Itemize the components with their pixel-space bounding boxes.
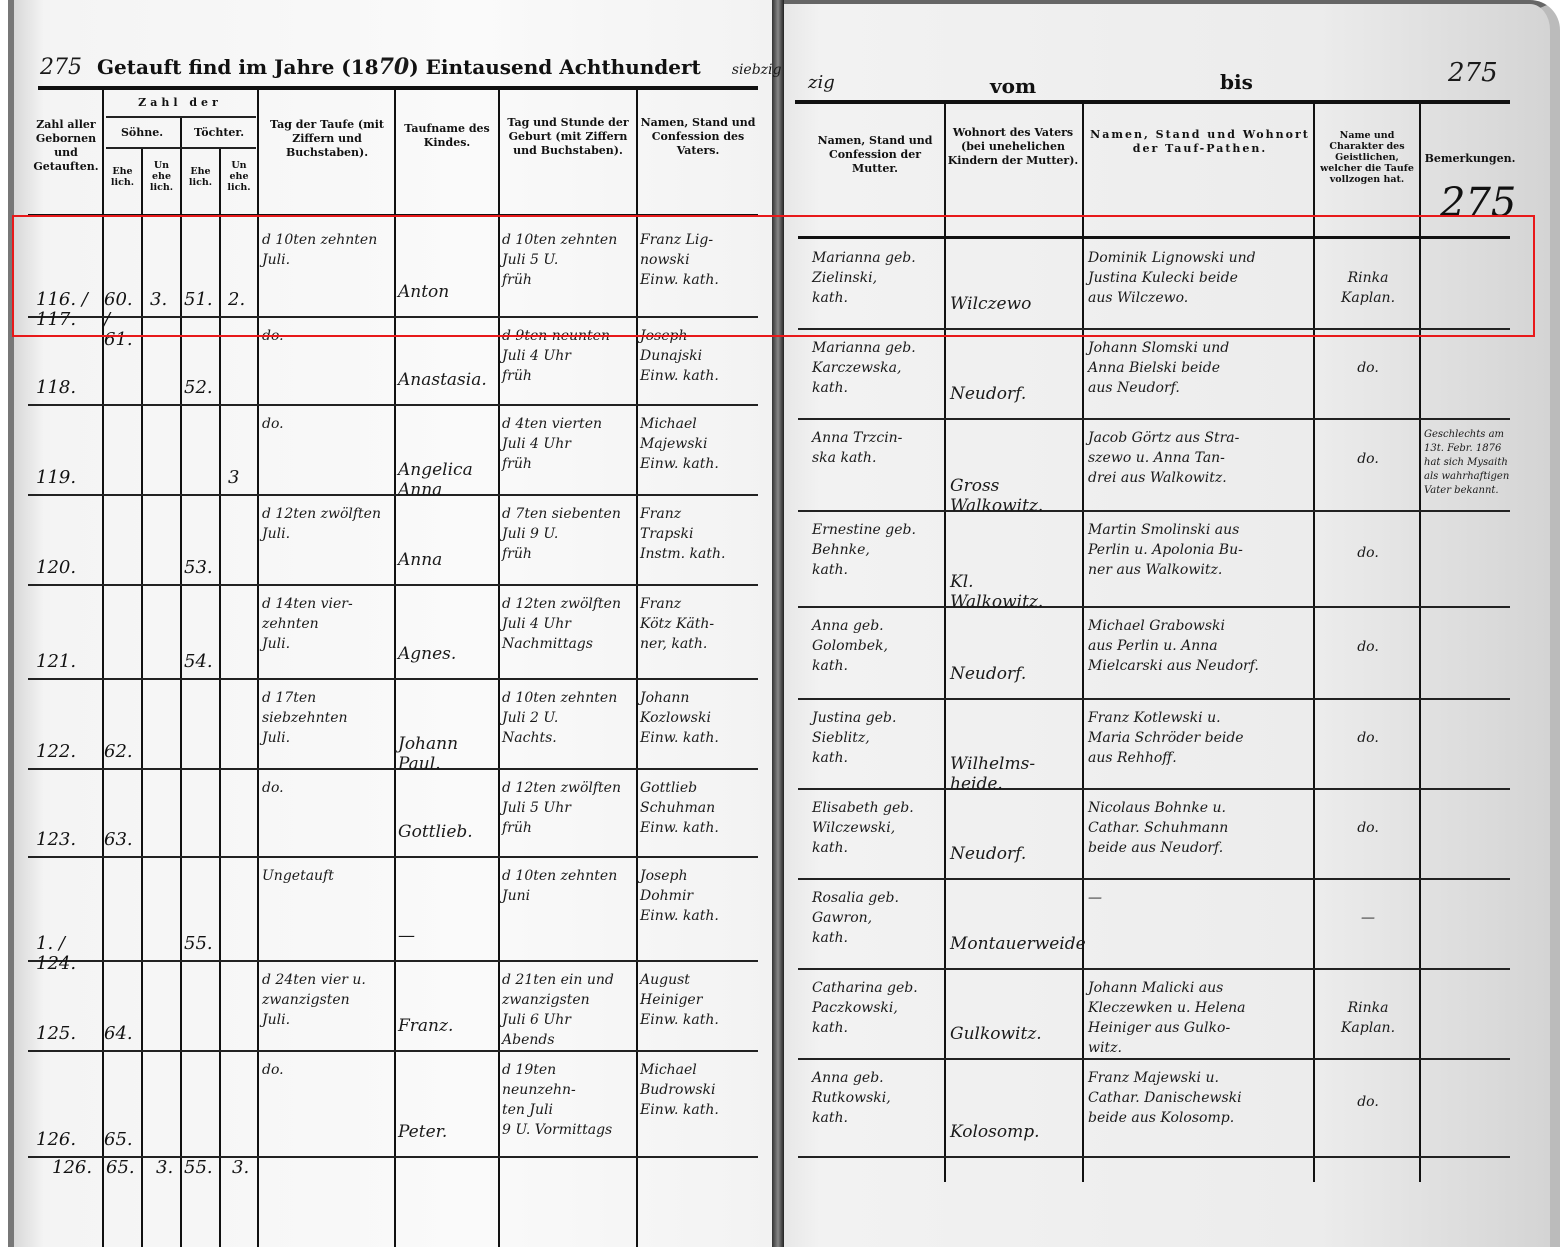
col-divider [141, 148, 143, 1247]
row-6-vater: Johann Kozlowski Einw. kath. [640, 688, 770, 748]
row-9-mutter: Catharina geb. Paczkowski, kath. [812, 978, 942, 1038]
row-8-geburt: d 10ten zehnten Juni [502, 866, 634, 906]
header-tag-der-taufe: Tag der Taufe (mit Ziffern und Buchstabe… [262, 118, 392, 160]
row-8-nr: 1. / 124. [36, 934, 100, 974]
header-geistlicher: Name und Charakter des Geistlichen, welc… [1316, 130, 1418, 185]
row-9-wohnort: Gulkowitz. [950, 1024, 1080, 1044]
total-tochter-ehel: 55. [184, 1158, 213, 1178]
header-soehne: Söhne. [104, 126, 180, 140]
row-divider [798, 510, 1510, 512]
col-divider [1419, 102, 1421, 1182]
row-6-geburt: d 10ten zehnten Juli 2 U. Nachts. [502, 688, 634, 748]
row-divider [28, 678, 758, 680]
row-8-taufe: Ungetauft [262, 866, 392, 886]
row-2-vater: Joseph Dunajski Einw. kath. [640, 326, 770, 386]
row-7-geistlicher: do. [1318, 818, 1418, 838]
row-2-wohnort: Neudorf. [950, 384, 1080, 404]
header-zahl-der: Zahl der [104, 96, 256, 110]
header-sohn-unehelich: Un ehe lich. [143, 160, 180, 193]
row-6-geistlicher: do. [1318, 728, 1418, 748]
row-8-mutter: Rosalia geb. Gawron, kath. [812, 888, 942, 948]
col-divider [180, 118, 182, 1247]
col-divider [219, 148, 221, 1247]
col-divider [102, 88, 104, 1247]
header-bottom-rule [28, 214, 758, 217]
row-3-taufe: do. [262, 414, 392, 434]
row-7-taufname: Gottlieb. [398, 822, 496, 842]
row-3-bemerkung: Geschlechts am 13t. Febr. 1876 hat sich … [1424, 428, 1516, 498]
row-1-nr: 116. / 117. [36, 290, 100, 330]
row-9-nr: 125. [36, 1024, 100, 1044]
row-4-geistlicher: do. [1318, 543, 1418, 563]
header-tochter-ehelich: Ehe lich. [182, 166, 219, 188]
row-6-pathen: Franz Kotlewski u. Maria Schröder beide … [1088, 708, 1312, 768]
right-title-prefix: zig [808, 72, 835, 93]
right-title-rule [795, 100, 1510, 104]
row-6-taufname: Johann Paul. [398, 734, 496, 774]
header-toechter: Töchter. [182, 126, 256, 140]
total-sohn-unehel: 3. [156, 1158, 173, 1178]
row-10-geburt: d 19ten neunzehn- ten Juli 9 U. Vormitta… [502, 1060, 634, 1140]
header-mutter: Namen, Stand und Confession der Mutter. [808, 134, 942, 176]
row-1-mutter: Marianna geb. Zielinski, kath. [812, 248, 942, 308]
row-5-mutter: Anna geb. Golombek, kath. [812, 616, 942, 676]
col-divider [257, 88, 259, 1247]
row-4-vater: Franz Trapski Instm. kath. [640, 504, 770, 564]
book-gutter [772, 0, 784, 1247]
row-8-taufname: — [398, 926, 496, 946]
row-1-pathen: Dominik Lignowski und Justina Kulecki be… [1088, 248, 1312, 308]
row-8-vater: Joseph Dohmir Einw. kath. [640, 866, 770, 926]
row-7-mutter: Elisabeth geb. Wilczewski, kath. [812, 798, 942, 858]
col-divider [636, 88, 638, 1247]
row-7-nr: 123. [36, 830, 100, 850]
row-8-pathen: — [1088, 888, 1312, 908]
row-4-tochter-ehel: 53. [184, 558, 218, 578]
row-9-vater: August Heiniger Einw. kath. [640, 970, 770, 1030]
header-sohn-ehelich: Ehe lich. [104, 166, 141, 188]
left-title-rule [38, 86, 758, 90]
row-4-wohnort: Kl. Walkowitz. [950, 572, 1080, 612]
title-vom: vom [990, 74, 1036, 98]
row-10-pathen: Franz Majewski u. Cathar. Danischewski b… [1088, 1068, 1312, 1128]
row-9-pathen: Johann Malicki aus Kleczewken u. Helena … [1088, 978, 1312, 1058]
header-taufname: Taufname des Kindes. [398, 122, 496, 150]
row-2-tochter-ehel: 52. [184, 378, 218, 398]
row-5-taufname: Agnes. [398, 644, 496, 664]
row-10-nr: 126. [36, 1130, 100, 1150]
row-3-taufname: Angelica Anna [398, 460, 496, 500]
row-1-tochter-unehel: 2. [228, 290, 256, 310]
row-10-taufe: do. [262, 1060, 392, 1080]
row-10-vater: Michael Budrowski Einw. kath. [640, 1060, 770, 1120]
row-7-sohn-ehel: 63. [104, 830, 140, 850]
row-1-sohn-ehel: 60. / 61. [104, 290, 140, 350]
row-7-taufe: do. [262, 778, 392, 798]
header-pathen: Namen, Stand und Wohnort der Tauf-Pathen… [1090, 128, 1310, 156]
row-4-mutter: Ernestine geb. Behnke, kath. [812, 520, 942, 580]
row-10-wohnort: Kolosomp. [950, 1122, 1080, 1142]
row-4-nr: 120. [36, 558, 100, 578]
row-6-sohn-ehel: 62. [104, 742, 140, 762]
row-4-taufe: d 12ten zwölften Juli. [262, 504, 392, 544]
row-3-geistlicher: do. [1318, 449, 1418, 469]
row-6-nr: 122. [36, 742, 100, 762]
row-1-wohnort: Wilczewo [950, 294, 1080, 314]
row-divider [798, 878, 1510, 880]
header-wohnort: Wohnort des Vaters (bei unehelichen Kind… [946, 126, 1080, 168]
row-8-tochter-ehel: 55. [184, 934, 218, 954]
row-5-taufe: d 14ten vier- zehnten Juli. [262, 594, 392, 654]
row-10-geistlicher: do. [1318, 1092, 1418, 1112]
row-9-geistlicher: Rinka Kaplan. [1318, 998, 1418, 1038]
row-6-mutter: Justina geb. Sieblitz, kath. [812, 708, 942, 768]
row-divider [798, 788, 1510, 790]
row-2-geburt: d 9ten neunten Juli 4 Uhr früh [502, 326, 634, 386]
row-4-pathen: Martin Smolinski aus Perlin u. Apolonia … [1088, 520, 1312, 580]
row-6-taufe: d 17ten siebzehnten Juli. [262, 688, 392, 748]
row-3-mutter: Anna Trzcin- ska kath. [812, 428, 942, 468]
row-divider [798, 1058, 1510, 1060]
row-4-geburt: d 7ten siebenten Juli 9 U. früh [502, 504, 634, 564]
row-8-geistlicher: — [1318, 908, 1418, 928]
row-2-taufname: Anastasia. [398, 370, 496, 390]
row-5-geburt: d 12ten zwölften Juli 4 Uhr Nachmittags [502, 594, 634, 654]
row-9-taufe: d 24ten vier u. zwanzigsten Juli. [262, 970, 392, 1030]
row-4-taufname: Anna [398, 550, 496, 570]
page-number-remarks: 275 [1440, 180, 1516, 226]
row-7-pathen: Nicolaus Bohnke u. Cathar. Schuhmann bei… [1088, 798, 1312, 858]
total-nr: 126. [52, 1158, 92, 1178]
row-1-taufname: Anton [398, 282, 496, 302]
row-1-sohn-unehel: 3. [150, 290, 178, 310]
row-divider [798, 1156, 1510, 1158]
row-5-geistlicher: do. [1318, 637, 1418, 657]
row-2-mutter: Marianna geb. Karczewska, kath. [812, 338, 942, 398]
row-6-wohnort: Wilhelms- heide. [950, 754, 1080, 794]
header-bemerkungen: Bemerkungen. [1422, 152, 1518, 166]
row-10-mutter: Anna geb. Rutkowski, kath. [812, 1068, 942, 1128]
row-5-wohnort: Neudorf. [950, 664, 1080, 684]
row-2-nr: 118. [36, 378, 100, 398]
row-1-vater: Franz Lig- nowski Einw. kath. [640, 230, 770, 290]
row-3-geburt: d 4ten vierten Juli 4 Uhr früh [502, 414, 634, 474]
row-divider [28, 856, 758, 858]
title-bis: bis [1220, 70, 1253, 94]
total-tochter-unehel: 3. [232, 1158, 249, 1178]
row-3-nr: 119. [36, 468, 100, 488]
row-2-taufe: do. [262, 326, 392, 346]
row-10-taufname: Peter. [398, 1122, 496, 1142]
row-divider [28, 494, 758, 496]
row-9-sohn-ehel: 64. [104, 1024, 140, 1044]
row-divider [28, 404, 758, 406]
row-divider [798, 418, 1510, 420]
col-divider [1082, 102, 1084, 1182]
row-5-vater: Franz Kötz Käth- ner, kath. [640, 594, 770, 654]
row-5-tochter-ehel: 54. [184, 652, 218, 672]
row-10-sohn-ehel: 65. [104, 1130, 140, 1150]
row-divider [28, 960, 758, 962]
row-2-geistlicher: do. [1318, 358, 1418, 378]
row-3-pathen: Jacob Görtz aus Stra- szewo u. Anna Tan-… [1088, 428, 1312, 488]
row-1-geistlicher: Rinka Kaplan. [1318, 268, 1418, 308]
total-sohn-ehel: 65. [106, 1158, 135, 1178]
row-5-nr: 121. [36, 652, 100, 672]
header-zahl-aller: Zahl aller Gebornen und Getauften. [30, 118, 102, 174]
col-divider [498, 88, 500, 1247]
row-7-geburt: d 12ten zwölften Juli 5 Uhr früh [502, 778, 634, 838]
row-7-vater: Gottlieb Schuhman Einw. kath. [640, 778, 770, 838]
row-divider [28, 584, 758, 586]
row-divider [28, 768, 758, 770]
col-divider [1313, 102, 1315, 1182]
row-1-tochter-ehel: 51. [184, 290, 218, 310]
left-page-title: 275 Getauft find im Jahre (1870) Eintaus… [40, 54, 782, 80]
row-divider [28, 1156, 758, 1158]
row-3-tochter-unehel: 3 [228, 468, 256, 488]
row-divider [798, 968, 1510, 970]
row-1-taufe: d 10ten zehnten Juli. [262, 230, 392, 270]
row-divider [798, 328, 1510, 330]
header-tag-stunde-geburt: Tag und Stunde der Geburt (mit Ziffern u… [502, 116, 634, 158]
row-5-pathen: Michael Grabowski aus Perlin u. Anna Mie… [1088, 616, 1312, 676]
row-divider [798, 606, 1510, 608]
col-divider [394, 88, 396, 1247]
header-tochter-unehelich: Un ehe lich. [221, 160, 257, 193]
row-7-wohnort: Neudorf. [950, 844, 1080, 864]
row-3-wohnort: Gross Walkowitz. [950, 476, 1080, 516]
page-number-top: 275 [1448, 58, 1498, 88]
header-vater: Namen, Stand und Confession des Vaters. [638, 116, 758, 158]
row-divider [28, 1050, 758, 1052]
sub-header-rule [106, 116, 256, 118]
row-3-vater: Michael Majewski Einw. kath. [640, 414, 770, 474]
row-9-taufname: Franz. [398, 1016, 496, 1036]
row-1-geburt: d 10ten zehnten Juli 5 U. früh [502, 230, 634, 290]
row-9-geburt: d 21ten ein und zwanzigsten Juli 6 Uhr A… [502, 970, 634, 1050]
col-divider [944, 102, 946, 1182]
sub-header-rule [106, 147, 256, 149]
row-8-wohnort: Montauerweide [950, 934, 1080, 954]
row-divider [798, 698, 1510, 700]
row-2-pathen: Johann Slomski und Anna Bielski beide au… [1088, 338, 1312, 398]
header-bottom-rule [798, 236, 1510, 239]
